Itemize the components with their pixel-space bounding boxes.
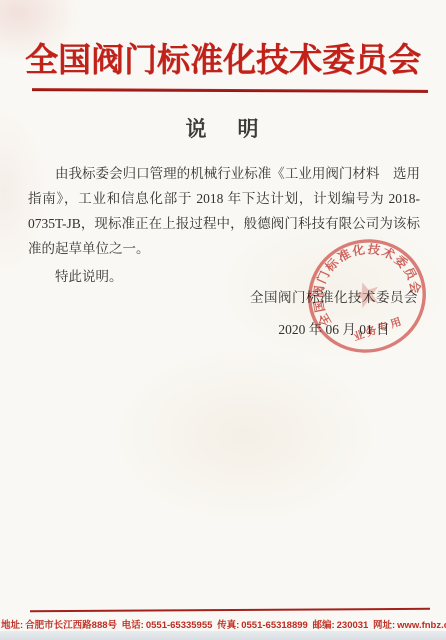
- seal-star-icon: [350, 278, 383, 310]
- footer-fax: 0551-65318899: [241, 620, 308, 631]
- seal-bottom-text: 业务专用: [352, 314, 405, 343]
- footer-phone: 0551-65335955: [146, 620, 213, 631]
- footer-zip: 230031: [337, 620, 369, 631]
- footer: 地址:合肥市长江西路888号 电话:0551-65335955 传真:0551-…: [0, 609, 446, 631]
- footer-address: 合肥市长江西路888号: [25, 620, 117, 631]
- scan-edge-strip: [0, 631, 446, 640]
- footer-web: www.fnbz.com: [397, 620, 446, 631]
- footer-rule: [30, 608, 430, 612]
- scanned-letter-page: 全国阀门标准化技术委员会 说 明 由我标委会归口管理的机械行业标准《工业用阀门材…: [0, 0, 446, 640]
- letterhead-org-title: 全国阀门标准化技术委员会: [0, 34, 446, 81]
- footer-web-label: 网址:: [373, 620, 395, 631]
- letterhead-rule: [32, 88, 428, 93]
- document-title: 说 明: [0, 113, 446, 143]
- footer-address-label: 地址:: [1, 620, 23, 631]
- footer-fax-label: 传真:: [217, 620, 239, 631]
- footer-contact-line: 地址:合肥市长江西路888号 电话:0551-65335955 传真:0551-…: [0, 617, 446, 631]
- footer-phone-label: 电话:: [122, 620, 144, 631]
- footer-zip-label: 邮编:: [312, 620, 334, 631]
